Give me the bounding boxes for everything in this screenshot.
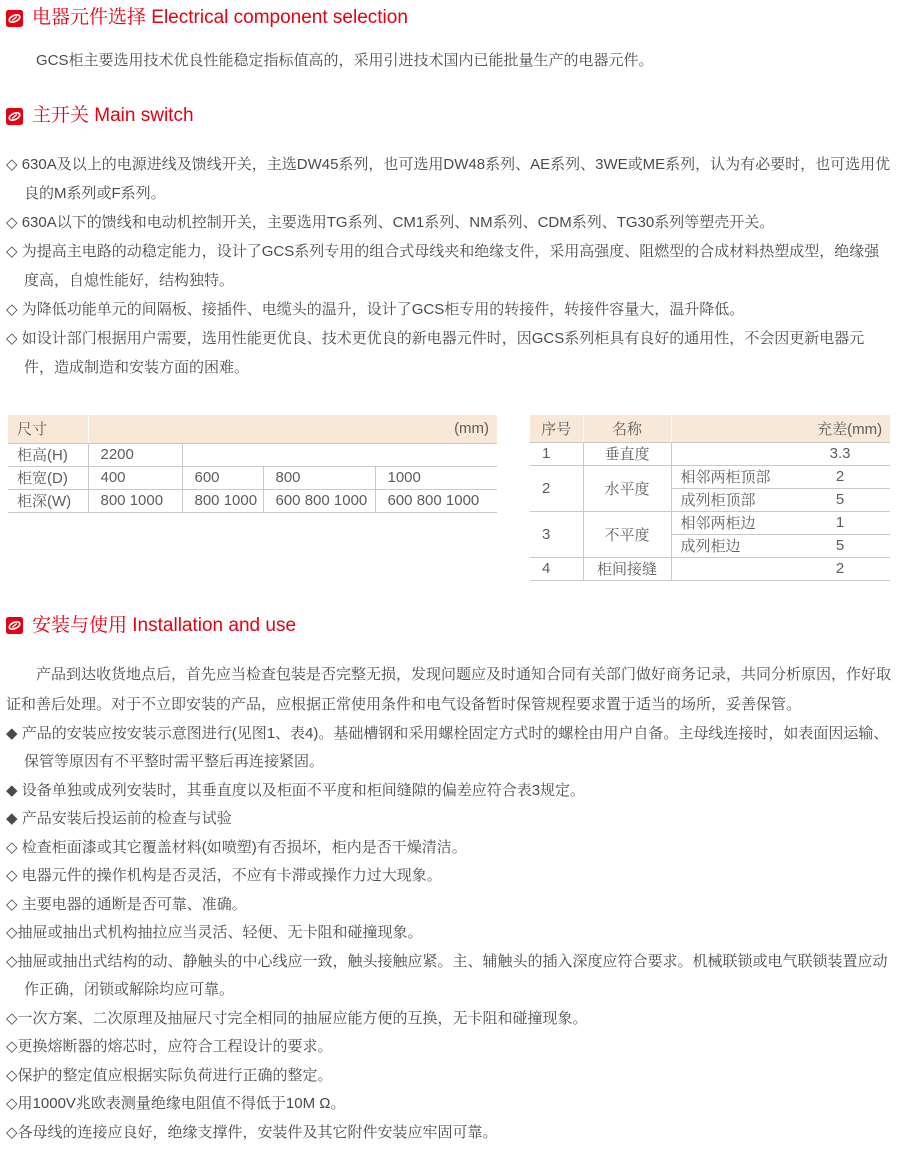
bullet-item: ◇ 630A以下的馈线和电动机控制开关，主要选用TG系列、CM1系列、NM系列、… <box>6 208 893 237</box>
table-cell: 2 <box>790 465 890 488</box>
bullet-marker: ◇ <box>6 301 22 318</box>
table-cell: 800 1000 <box>182 489 263 512</box>
bullet-text: 抽屉或抽出式机构抽拉应当灵活、轻便、无卡阻和碰撞现象。 <box>18 924 423 941</box>
table-cell: 3.3 <box>790 442 890 465</box>
table-cell <box>671 557 790 580</box>
bullet-marker: ◇ <box>6 1124 18 1141</box>
brand-logo-icon <box>6 617 23 634</box>
bullet-text: 各母线的连接应良好，绝缘支撑件，安装件及其它附件安装应牢固可靠。 <box>18 1124 498 1141</box>
bullet-marker: ◇ <box>6 896 22 913</box>
bullet-text: 产品的安装应按安装示意图进行(见图1、表4)。基础槽钢和采用螺栓固定方式时的螺栓… <box>22 725 889 771</box>
table-cell <box>671 442 790 465</box>
bullet-text: 保护的整定值应根据实际负荷进行正确的整定。 <box>18 1067 333 1084</box>
section-title-electrical: 电器元件选择 Electrical component selection <box>6 6 893 30</box>
table-cell: 600 800 1000 <box>263 489 375 512</box>
tolerance-header-no: 序号 <box>530 415 583 442</box>
section-title-text: 主开关 Main switch <box>32 104 194 128</box>
table-row: 3 不平度 相邻两柜边 1 <box>530 511 890 534</box>
bullet-item: ◇抽屉或抽出式结构的动、静触头的中心线应一致，触头接触应紧。主、辅触头的插入深度… <box>6 948 893 1005</box>
bullet-item: ◇更换熔断器的熔芯时，应符合工程设计的要求。 <box>6 1033 893 1062</box>
bullet-item: ◇一次方案、二次原理及抽屉尺寸完全相同的抽屉应能方便的互换，无卡阻和碰撞现象。 <box>6 1005 893 1034</box>
bullet-text: 为降低功能单元的间隔板、接插件、电缆头的温升，设计了GCS柜专用的转接件，转接件… <box>22 301 745 318</box>
table-row: 2 水平度 相邻两柜顶部 2 <box>530 465 890 488</box>
table-row: 柜宽(D) 400 600 800 1000 <box>8 466 497 489</box>
electrical-paragraph: GCS柜主要选用技术优良性能稳定指标值高的，采用引进技术国内已能批量生产的电器元… <box>6 50 893 72</box>
bullet-item: ◇ 为降低功能单元的间隔板、接插件、电缆头的温升，设计了GCS柜专用的转接件，转… <box>6 295 893 324</box>
bullet-marker: ◇ <box>6 1038 18 1055</box>
bullet-item: ◇保护的整定值应根据实际负荷进行正确的整定。 <box>6 1062 893 1091</box>
table-row: 柜深(W) 800 1000 800 1000 600 800 1000 600… <box>8 489 497 512</box>
table-cell: 600 800 1000 <box>375 489 497 512</box>
bullet-marker: ◇ <box>6 839 22 856</box>
bullet-marker: ◇ <box>6 1067 18 1084</box>
tolerance-table-header-row: 序号 名称 充差(mm) <box>530 415 890 442</box>
installation-bullet-list: ◆ 产品的安装应按安装示意图进行(见图1、表4)。基础槽钢和采用螺栓固定方式时的… <box>6 720 893 1148</box>
section-title-main-switch: 主开关 Main switch <box>6 104 893 128</box>
table-cell: 柜间接缝 <box>583 557 671 580</box>
bullet-item: ◇用1000V兆欧表测量绝缘电阻值不得低于10M Ω。 <box>6 1090 893 1119</box>
table-cell: 5 <box>790 534 890 557</box>
bullet-marker: ◇ <box>6 156 22 173</box>
bullet-item: ◇ 电器元件的操作机构是否灵活，不应有卡滞或操作力过大现象。 <box>6 862 893 891</box>
table-cell: 1 <box>790 511 890 534</box>
section-title-text: 安装与使用 Installation and use <box>32 614 296 638</box>
bullet-text: 630A及以上的电源进线及馈线开关，主选DW45系列，也可选用DW48系列、AE… <box>22 156 890 202</box>
section-title-installation: 安装与使用 Installation and use <box>6 614 893 638</box>
bullet-text: 一次方案、二次原理及抽屉尺寸完全相同的抽屉应能方便的互换，无卡阻和碰撞现象。 <box>18 1010 588 1027</box>
bullet-marker: ◇ <box>6 1010 18 1027</box>
table-cell: 2 <box>530 465 583 511</box>
bullet-marker: ◇ <box>6 1095 18 1112</box>
table-cell: 1 <box>530 442 583 465</box>
tolerance-header-tolerance: 充差(mm) <box>671 415 890 442</box>
bullet-item: ◆ 产品安装后投运前的检查与试验 <box>6 805 893 834</box>
table-cell: 相邻两柜顶部 <box>671 465 790 488</box>
table-cell: 800 <box>263 466 375 489</box>
table-cell: 垂直度 <box>583 442 671 465</box>
bullet-item: ◇ 如设计部门根据用户需要，选用性能更优良、技术更优良的新电器元件时，因GCS系… <box>6 324 893 382</box>
bullet-marker: ◆ <box>6 725 22 742</box>
bullet-marker: ◆ <box>6 782 22 799</box>
table-cell: 400 <box>88 466 182 489</box>
bullet-text: 电器元件的操作机构是否灵活，不应有卡滞或操作力过大现象。 <box>22 867 442 884</box>
bullet-text: 为提高主电路的动稳定能力，设计了GCS系列专用的组合式母线夹和绝缘支件，采用高强… <box>22 243 880 289</box>
table-cell <box>182 443 497 466</box>
main-switch-bullet-list: ◇ 630A及以上的电源进线及馈线开关，主选DW45系列，也可选用DW48系列、… <box>6 150 893 382</box>
table-cell: 5 <box>790 488 890 511</box>
table-cell: 2200 <box>88 443 182 466</box>
bullet-item: ◇ 为提高主电路的动稳定能力，设计了GCS系列专用的组合式母线夹和绝缘支件，采用… <box>6 237 893 295</box>
bullet-text: 设备单独或成列安装时，其垂直度以及柜面不平度和柜间缝隙的偏差应符合表3规定。 <box>22 782 585 799</box>
table-cell: 柜高(H) <box>8 443 88 466</box>
bullet-item: ◇ 检查柜面漆或其它覆盖材料(如喷塑)有否损坏，柜内是否干燥清洁。 <box>6 834 893 863</box>
size-table-header-unit: (mm) <box>88 415 497 443</box>
installation-paragraph: 产品到达收货地点后，首先应当检查包装是否完整无损，发现问题应及时通知合同有关部门… <box>6 660 893 720</box>
bullet-text: 产品安装后投运前的检查与试验 <box>22 810 232 827</box>
size-table-header-row: 尺寸 (mm) <box>8 415 497 443</box>
table-row: 1 垂直度 3.3 <box>530 442 890 465</box>
bullet-text: 主要电器的通断是否可靠、准确。 <box>22 896 247 913</box>
bullet-marker: ◇ <box>6 867 22 884</box>
section-title-text: 电器元件选择 Electrical component selection <box>32 6 408 30</box>
brand-logo-icon <box>6 10 23 27</box>
bullet-item: ◆ 设备单独或成列安装时，其垂直度以及柜面不平度和柜间缝隙的偏差应符合表3规定。 <box>6 777 893 806</box>
bullet-marker: ◇ <box>6 953 18 970</box>
bullet-marker: ◇ <box>6 243 22 260</box>
table-row: 柜高(H) 2200 <box>8 443 497 466</box>
table-cell: 4 <box>530 557 583 580</box>
table-row: 4 柜间接缝 2 <box>530 557 890 580</box>
table-cell: 柜深(W) <box>8 489 88 512</box>
tolerance-header-name: 名称 <box>583 415 671 442</box>
table-cell: 800 1000 <box>88 489 182 512</box>
table-cell: 3 <box>530 511 583 557</box>
table-cell: 柜宽(D) <box>8 466 88 489</box>
bullet-text: 抽屉或抽出式结构的动、静触头的中心线应一致，触头接触应紧。主、辅触头的插入深度应… <box>18 953 888 999</box>
bullet-item: ◇ 630A及以上的电源进线及馈线开关，主选DW45系列，也可选用DW48系列、… <box>6 150 893 208</box>
table-cell: 水平度 <box>583 465 671 511</box>
size-table: 尺寸 (mm) 柜高(H) 2200 柜宽(D) 400 600 800 100… <box>8 415 497 513</box>
brand-logo-icon <box>6 108 23 125</box>
bullet-text: 630A以下的馈线和电动机控制开关，主要选用TG系列、CM1系列、NM系列、CD… <box>22 214 775 231</box>
bullet-item: ◇ 主要电器的通断是否可靠、准确。 <box>6 891 893 920</box>
bullet-text: 更换熔断器的熔芯时，应符合工程设计的要求。 <box>18 1038 333 1055</box>
bullet-marker: ◆ <box>6 810 22 827</box>
size-table-header-label: 尺寸 <box>8 415 88 443</box>
bullet-text: 用1000V兆欧表测量绝缘电阻值不得低于10M Ω。 <box>18 1095 346 1112</box>
bullet-item: ◇各母线的连接应良好，绝缘支撑件，安装件及其它附件安装应牢固可靠。 <box>6 1119 893 1148</box>
bullet-item: ◇抽屉或抽出式机构抽拉应当灵活、轻便、无卡阻和碰撞现象。 <box>6 919 893 948</box>
bullet-marker: ◇ <box>6 214 22 231</box>
table-cell: 成列柜顶部 <box>671 488 790 511</box>
bullet-marker: ◇ <box>6 924 18 941</box>
table-cell: 不平度 <box>583 511 671 557</box>
table-cell: 相邻两柜边 <box>671 511 790 534</box>
table-cell: 2 <box>790 557 890 580</box>
bullet-text: 检查柜面漆或其它覆盖材料(如喷塑)有否损坏，柜内是否干燥清洁。 <box>22 839 467 856</box>
bullet-marker: ◇ <box>6 330 22 347</box>
table-cell: 1000 <box>375 466 497 489</box>
catalog-page: 电器元件选择 Electrical component selection GC… <box>0 0 900 1147</box>
bullet-item: ◆ 产品的安装应按安装示意图进行(见图1、表4)。基础槽钢和采用螺栓固定方式时的… <box>6 720 893 777</box>
table-cell: 成列柜边 <box>671 534 790 557</box>
tables-row: 尺寸 (mm) 柜高(H) 2200 柜宽(D) 400 600 800 100… <box>8 415 893 581</box>
bullet-text: 如设计部门根据用户需要，选用性能更优良、技术更优良的新电器元件时，因GCS系列柜… <box>22 330 865 376</box>
table-cell: 600 <box>182 466 263 489</box>
tolerance-table: 序号 名称 充差(mm) 1 垂直度 3.3 2 水平度 相邻两柜顶部 2 <box>530 415 890 581</box>
